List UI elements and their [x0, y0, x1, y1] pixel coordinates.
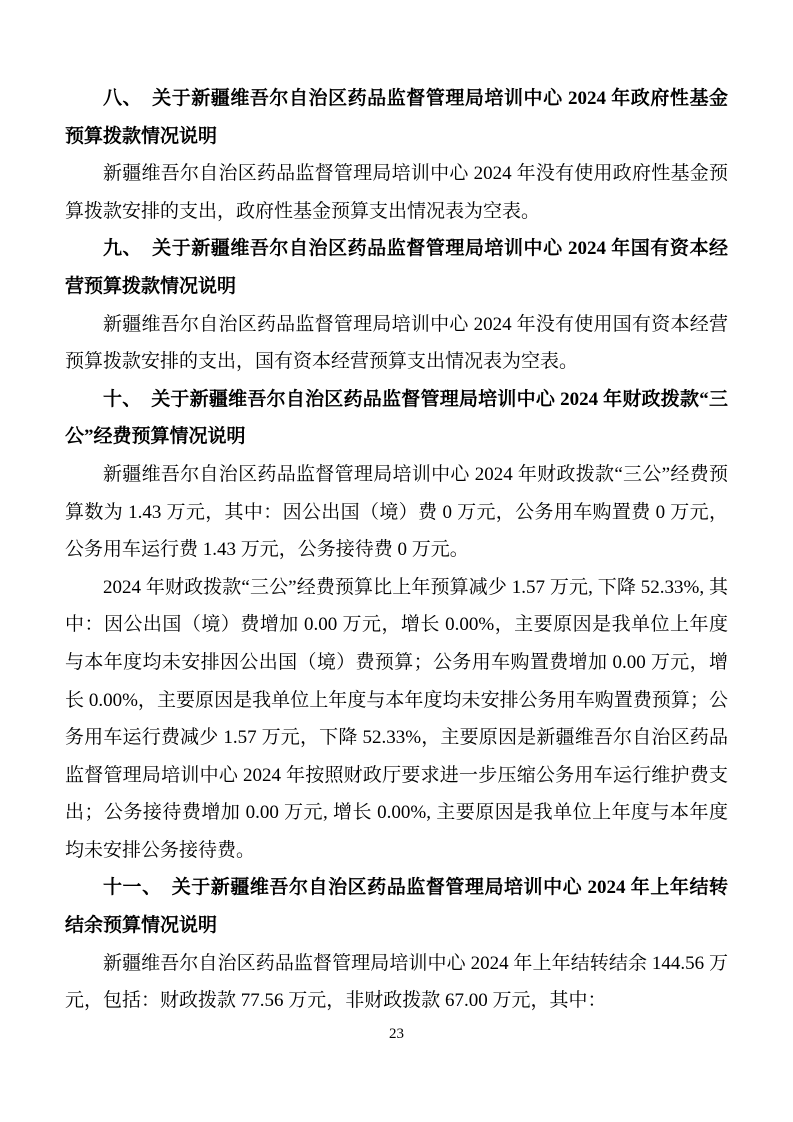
section-10-paragraph-1: 新疆维吾尔自治区药品监督管理局培训中心 2024 年财政拨款“三公”经费预算数为… — [65, 456, 728, 569]
section-heading-10: 十、 关于新疆维吾尔自治区药品监督管理局培训中心 2024 年财政拨款“三公”经… — [65, 381, 728, 456]
document-body: 八、 关于新疆维吾尔自治区药品监督管理局培训中心 2024 年政府性基金预算拨款… — [65, 80, 728, 1020]
section-heading-8: 八、 关于新疆维吾尔自治区药品监督管理局培训中心 2024 年政府性基金预算拨款… — [65, 80, 728, 155]
section-heading-11: 十一、 关于新疆维吾尔自治区药品监督管理局培训中心 2024 年上年结转结余预算… — [65, 869, 728, 944]
section-9-paragraph: 新疆维吾尔自治区药品监督管理局培训中心 2024 年没有使用国有资本经营预算拨款… — [65, 306, 728, 381]
page-number: 23 — [0, 1024, 793, 1044]
section-11-paragraph: 新疆维吾尔自治区药品监督管理局培训中心 2024 年上年结转结余 144.56 … — [65, 945, 728, 1020]
section-heading-9: 九、 关于新疆维吾尔自治区药品监督管理局培训中心 2024 年国有资本经营预算拨… — [65, 230, 728, 305]
section-10-paragraph-2: 2024 年财政拨款“三公”经费预算比上年预算减少 1.57 万元, 下降 52… — [65, 569, 728, 870]
section-8-paragraph: 新疆维吾尔自治区药品监督管理局培训中心 2024 年没有使用政府性基金预算拨款安… — [65, 155, 728, 230]
document-page: 八、 关于新疆维吾尔自治区药品监督管理局培训中心 2024 年政府性基金预算拨款… — [0, 0, 793, 1122]
